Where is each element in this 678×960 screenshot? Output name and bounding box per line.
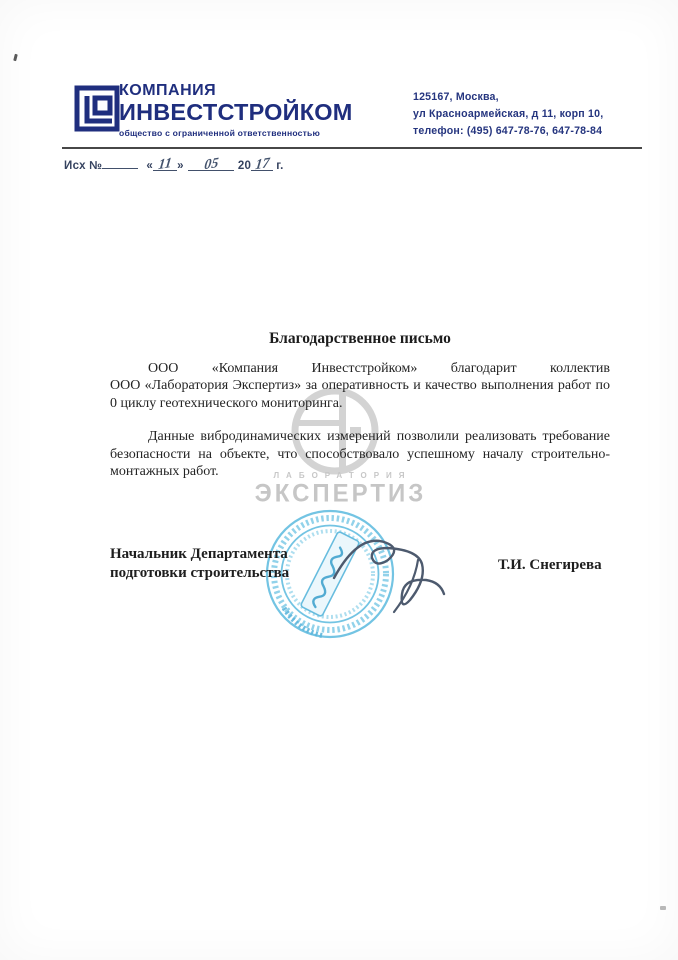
ref-number-blank <box>102 156 138 169</box>
paragraph-2-line: монтажных работ. <box>110 463 610 481</box>
ref-year-blank: 17 <box>251 158 273 171</box>
address-line-street: ул Красноармейская, д 11, корп 10, <box>413 106 603 123</box>
ref-suffix: г. <box>276 160 283 172</box>
handwritten-signature <box>322 516 472 626</box>
paragraph-2-line: безопасности на объекте, что способствов… <box>110 446 610 464</box>
ref-month-blank: 05 <box>188 158 234 171</box>
ref-year-prefix: 20 <box>238 160 251 172</box>
signer-position-line2: подготовки строительства <box>110 564 289 583</box>
paragraph-1-line: ООО «Лаборатория Экспертиз» за оперативн… <box>110 377 610 395</box>
address-line-city: 125167, Москва, <box>413 89 603 106</box>
ref-close-quote: » <box>177 160 184 172</box>
paragraph-2-line: Данные вибродинамических измерений позво… <box>110 428 610 446</box>
company-logo-icon <box>74 84 120 132</box>
company-address-block: 125167, Москва, ул Красноармейская, д 11… <box>413 89 603 140</box>
ref-prefix: Исх № <box>64 160 102 172</box>
paragraph-1: ООО «Компания Инвестстройком» благодарит… <box>110 360 610 413</box>
handwritten-month: 05 <box>203 156 219 175</box>
paragraph-2: Данные вибродинамических измерений позво… <box>110 428 610 481</box>
company-name-line1: КОМПАНИЯ <box>119 83 353 99</box>
company-name-block: КОМПАНИЯ ИНВЕСТСТРОЙКОМ общество с огран… <box>119 83 353 137</box>
scan-speck <box>660 906 666 910</box>
outgoing-ref-line: Исх №«11»052017г. <box>64 156 284 172</box>
scan-speck <box>13 54 18 62</box>
letterhead-divider <box>62 147 642 149</box>
scanned-letter-page: ЛАБОРАТОРИЯ ЭКСПЕРТИЗ КОМПАНИЯ ИНВЕСТСТР… <box>0 0 678 960</box>
company-name-line2: ИНВЕСТСТРОЙКОМ <box>119 101 353 125</box>
company-legal-form: общество с ограниченной ответственностью <box>119 129 353 138</box>
ref-open-quote: « <box>146 160 153 172</box>
signer-position-line1: Начальник Департамента <box>110 545 289 564</box>
signer-position: Начальник Департамента подготовки строит… <box>110 545 289 582</box>
letter-body: Благодарственное письмо ООО «Компания Ин… <box>110 330 610 497</box>
letter-title: Благодарственное письмо <box>110 330 610 348</box>
paragraph-1-line: 0 циклу геотехнического мониторинга. <box>110 395 610 413</box>
signer-name: Т.И. Снегирева <box>498 557 602 574</box>
ref-day-blank: 11 <box>153 158 177 171</box>
address-line-phone: телефон: (495) 647-78-76, 647-78-84 <box>413 123 603 140</box>
handwritten-day: 11 <box>157 156 173 175</box>
paragraph-1-line: ООО «Компания Инвестстройком» благодарит… <box>110 360 610 378</box>
handwritten-year: 17 <box>254 156 270 175</box>
